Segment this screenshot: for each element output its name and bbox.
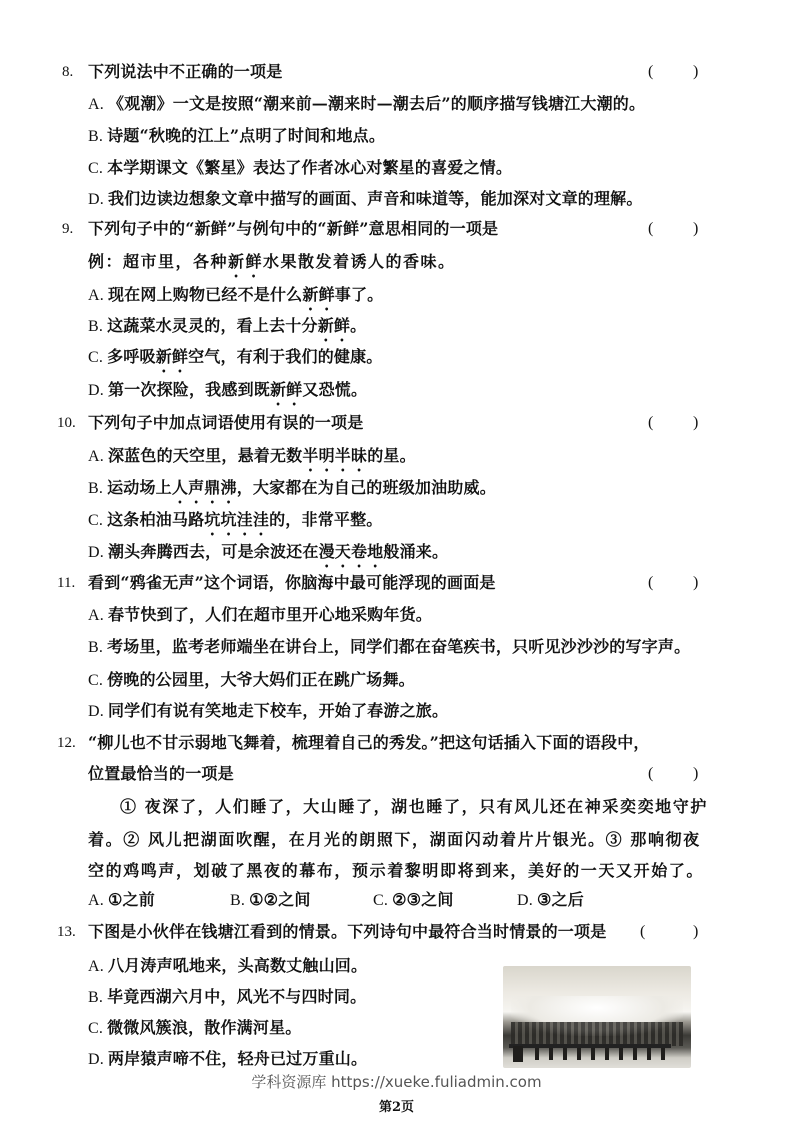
option-c: C.本学期课文《繁星》表达了作者冰心对繁星的喜爱之情。 (88, 158, 512, 179)
option-d: D.第一次探险，我感到既新鲜又恐慌。 (88, 380, 367, 409)
option-a: A.八月涛声吼地来，头高数丈触山回。 (88, 956, 367, 977)
option-text: ①②之间 (249, 890, 311, 909)
option-label: D. (88, 544, 104, 561)
option-text-pre: 运动场上 (107, 478, 172, 497)
watermark: 学科资源库 https://xueke.fuliadmin.com (0, 1071, 793, 1092)
example-sentence: 例：超市里，各种新鲜水果散发着诱人的香味。 (88, 252, 456, 281)
question-stem: 下图是小伙伴在钱塘江看到的情景。下列诗句中最符合当时情景的一项是 (88, 922, 606, 942)
answer-bracket-open[interactable]: ( (648, 219, 653, 239)
pier (605, 1048, 609, 1060)
question-stem: 下列句子中加点词语使用有误的一项是 (88, 413, 363, 433)
option-text: 微微风簇浪，散作满河星。 (107, 1018, 301, 1037)
option-text-pre: 多呼吸 (107, 347, 156, 366)
option-label: D. (88, 382, 104, 399)
pier (633, 1048, 637, 1060)
option-label: A. (88, 958, 104, 975)
answer-bracket-open[interactable]: ( (648, 413, 653, 433)
passage-line-3: 空的鸡鸣声，划破了黑夜的幕布，预示着黎明即将到来，美好的一天又开始了。 (88, 861, 704, 881)
question-stem: 下列句子中的“新鲜”与例句中的“新鲜”意思相同的一项是 (88, 219, 498, 239)
option-text-post: 。 (350, 316, 366, 335)
tide-photo (503, 966, 691, 1068)
option-label: B. (230, 892, 245, 909)
example-pre: 例：超市里，各种 (88, 252, 228, 271)
question-number: 13. (57, 922, 76, 942)
option-b: B.诗题“秋晚的江上”点明了时间和地点。 (88, 126, 385, 147)
dotted-word: 漫天卷地 (319, 542, 384, 561)
passage-line-1: ① 夜深了，人们睡了，大山睡了，湖也睡了，只有风儿还在神采奕奕地守护 (120, 797, 708, 817)
option-label: C. (88, 512, 103, 529)
option-label: C. (373, 892, 388, 909)
option-text-post: 的星。 (367, 446, 416, 465)
option-label: B. (88, 989, 103, 1006)
question-number: 12. (57, 733, 76, 753)
dotted-word: 半明半昧 (302, 446, 367, 465)
option-label: C. (88, 160, 103, 177)
option-c: C.傍晚的公园里，大爷大妈们正在跳广场舞。 (88, 670, 415, 691)
pier (619, 1048, 623, 1060)
option-text-pre: 现在网上购物已经不是什么 (108, 285, 302, 304)
question-number: 9. (62, 219, 73, 239)
question-number: 10. (57, 413, 76, 433)
option-text-pre: 潮头奔腾西去，可是余波还在 (108, 542, 319, 561)
option-label: A. (88, 607, 104, 624)
option-label: C. (88, 672, 103, 689)
answer-bracket-open[interactable]: ( (648, 573, 653, 593)
answer-bracket-close: ) (693, 62, 698, 82)
answer-bracket-close: ) (693, 413, 698, 433)
option-label: C. (88, 1020, 103, 1037)
option-b: B.考场里，监考老师端坐在讲台上，同学们都在奋笔疾书，只听见沙沙沙的写字声。 (88, 637, 690, 658)
answer-bracket-open[interactable]: ( (640, 922, 645, 942)
option-label: B. (88, 318, 103, 335)
option-d: D.两岸猿声啼不住，轻舟已过万重山。 (88, 1049, 367, 1070)
pier (577, 1048, 581, 1060)
pier (513, 1046, 523, 1062)
option-text: ①之前 (108, 890, 155, 909)
option-text: 同学们有说有笑地走下校车，开始了春游之旅。 (108, 701, 448, 720)
dotted-word: 新鲜 (270, 380, 302, 399)
dotted-word: 人声鼎沸 (172, 478, 237, 497)
option-text: 诗题“秋晚的江上”点明了时间和地点。 (107, 126, 385, 145)
option-text-pre: 第一次探险，我感到既 (108, 380, 270, 399)
option-b: B.运动场上人声鼎沸，大家都在为自己的班级加油助威。 (88, 478, 496, 507)
option-label: B. (88, 480, 103, 497)
option-label: D. (88, 1051, 104, 1068)
question-stem-line1: “柳儿也不甘示弱地飞舞着，梳理着自己的秀发。”把这句话插入下面的语段中， (88, 733, 650, 753)
option-text: 春节快到了，人们在超市里开心地采购年货。 (108, 605, 432, 624)
option-text: 本学期课文《繁星》表达了作者冰心对繁星的喜爱之情。 (107, 158, 512, 177)
pier (549, 1048, 553, 1060)
option-label: D. (88, 191, 104, 208)
splash-silhouette (511, 1022, 683, 1046)
question-stem: 看到“鸦雀无声”这个词语，你脑海中最可能浮现的画面是 (88, 573, 496, 593)
option-b: B.这蔬菜水灵灵的，看上去十分新鲜。 (88, 316, 366, 345)
option-label: A. (88, 448, 104, 465)
option-text: 毕竟西湖六月中，风光不与四时同。 (107, 987, 366, 1006)
page-number: 第2页 (0, 1096, 793, 1115)
option-d: D.我们边读边想象文章中描写的画面、声音和味道等，能加深对文章的理解。 (88, 189, 643, 210)
option-text: ③之后 (537, 890, 584, 909)
option-text: 傍晚的公园里，大爷大妈们正在跳广场舞。 (107, 670, 415, 689)
option-text-pre: 这条柏油马路 (107, 510, 204, 529)
answer-bracket-open[interactable]: ( (648, 764, 653, 784)
option-text-post: 空气，有利于我们的健康。 (188, 347, 382, 366)
answer-bracket-close: ) (693, 764, 698, 784)
passage-line-2: 着。② 风儿把湖面吹醒，在月光的朗照下，湖面闪动着片片银光。③ 那响彻夜 (88, 830, 701, 850)
option-c: C.微微风簇浪，散作满河星。 (88, 1018, 301, 1039)
option-text: 八月涛声吼地来，头高数丈触山回。 (108, 956, 367, 975)
option-label: B. (88, 128, 103, 145)
question-number: 8. (62, 62, 73, 82)
pier (563, 1048, 567, 1060)
answer-bracket-close: ) (693, 922, 698, 942)
option-d: D.③之后 (517, 890, 584, 911)
option-text-post: ，大家都在为自己的班级加油助威。 (237, 478, 496, 497)
option-c: C.多呼吸新鲜空气，有利于我们的健康。 (88, 347, 383, 376)
option-text: ②③之间 (392, 890, 454, 909)
option-b: B.毕竟西湖六月中，风光不与四时同。 (88, 987, 366, 1008)
option-a: A.春节快到了，人们在超市里开心地采购年货。 (88, 605, 432, 626)
option-c: C.这条柏油马路坑坑洼洼的，非常平整。 (88, 510, 383, 539)
option-c: C.②③之间 (373, 890, 454, 911)
pier (535, 1048, 539, 1060)
option-label: A. (88, 96, 104, 113)
dotted-word: 坑坑洼洼 (204, 510, 269, 529)
question-stem: 下列说法中不正确的一项是 (88, 62, 282, 82)
pier (647, 1048, 651, 1060)
option-a: A.现在网上购物已经不是什么新鲜事了。 (88, 285, 383, 314)
option-text: 两岸猿声啼不住，轻舟已过万重山。 (108, 1049, 367, 1068)
option-a: A.①之前 (88, 890, 155, 911)
option-label: D. (517, 892, 533, 909)
option-a: A.深蓝色的天空里，悬着无数半明半昧的星。 (88, 446, 416, 475)
dotted-word: 新鲜 (302, 285, 334, 304)
option-text-post: 般涌来。 (383, 542, 448, 561)
dotted-word: 新鲜 (156, 347, 188, 366)
answer-bracket-open[interactable]: ( (648, 62, 653, 82)
option-text: 我们边读边想象文章中描写的画面、声音和味道等，能加深对文章的理解。 (108, 189, 643, 208)
option-d: D.潮头奔腾西去，可是余波还在漫天卷地般涌来。 (88, 542, 448, 571)
option-text-post: 事了。 (335, 285, 384, 304)
option-d: D.同学们有说有笑地走下校车，开始了春游之旅。 (88, 701, 448, 722)
answer-bracket-close: ) (693, 573, 698, 593)
question-number: 11. (57, 573, 75, 593)
option-text-post: 又恐慌。 (302, 380, 367, 399)
option-text-pre: 深蓝色的天空里，悬着无数 (108, 446, 302, 465)
option-label: B. (88, 639, 103, 656)
option-text: 考场里，监考老师端坐在讲台上，同学们都在奋笔疾书，只听见沙沙沙的写字声。 (107, 637, 690, 656)
option-a: A.《观潮》一文是按照“潮来前—潮来时—潮去后”的顺序描写钱塘江大潮的。 (88, 94, 645, 115)
option-label: A. (88, 287, 104, 304)
option-b: B.①②之间 (230, 890, 311, 911)
answer-bracket-close: ) (693, 219, 698, 239)
pier (591, 1048, 595, 1060)
dotted-word: 新鲜 (228, 252, 263, 271)
option-text-pre: 这蔬菜水灵灵的，看上去十分 (107, 316, 318, 335)
option-text: 《观潮》一文是按照“潮来前—潮来时—潮去后”的顺序描写钱塘江大潮的。 (108, 94, 645, 113)
option-label: D. (88, 703, 104, 720)
option-label: C. (88, 349, 103, 366)
dotted-word: 新鲜 (318, 316, 350, 335)
pier (661, 1048, 665, 1060)
question-stem-line2: 位置最恰当的一项是 (88, 764, 234, 784)
option-label: A. (88, 892, 104, 909)
option-text-post: 的，非常平整。 (269, 510, 382, 529)
example-post: 水果散发着诱人的香味。 (263, 252, 456, 271)
